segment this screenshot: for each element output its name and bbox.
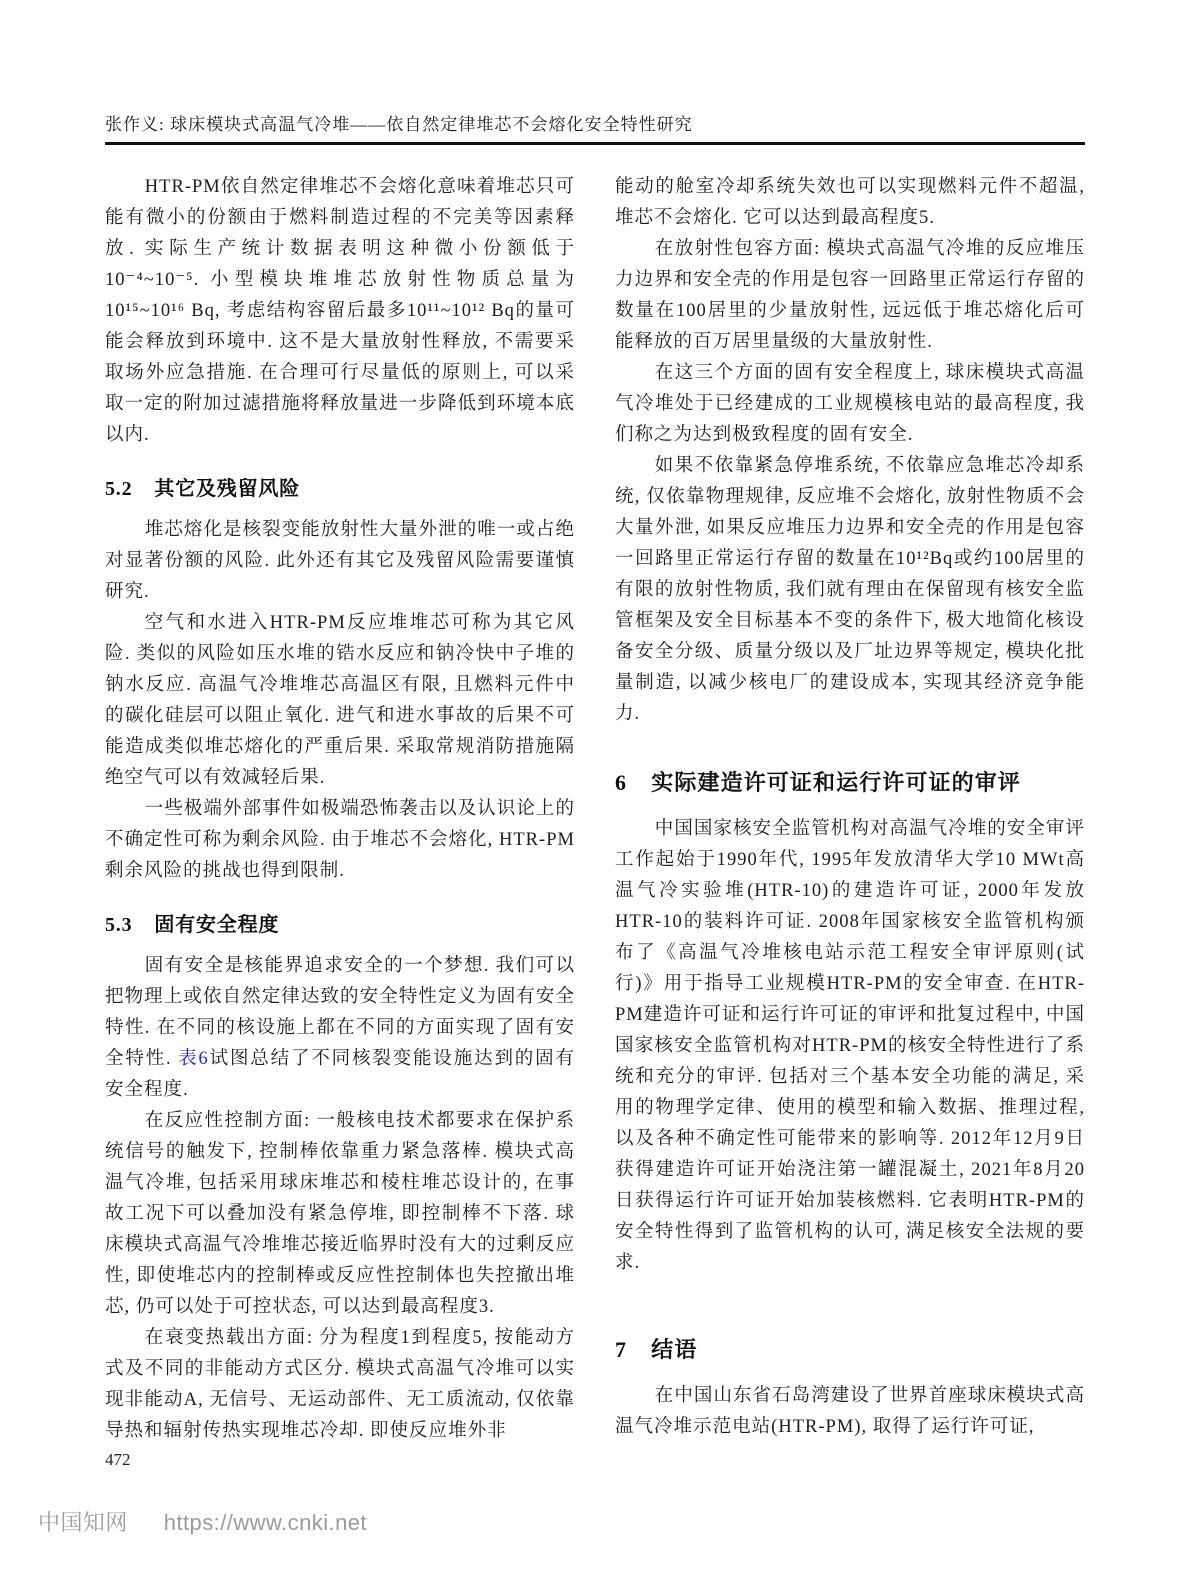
section-title: 实际建造许可证和运行许可证的审评 [651,770,1021,795]
cnki-brand-text: 中国知网 [38,1506,128,1537]
page-number: 472 [105,1450,131,1470]
document-page: 张作义: 球床模块式高温气冷堆——依自然定律堆芯不会熔化安全特性研究 HTR-P… [0,0,1190,1587]
paragraph: 在放射性包容方面: 模块式高温气冷堆的反应堆压力边界和安全壳的作用是包容一回路里… [615,234,1085,358]
section-number: 5.2 [105,478,132,500]
cnki-url-text: https://www.cnki.net [164,1510,367,1536]
paragraph: 堆芯熔化是核裂变能放射性大量外泄的唯一或占绝对显著份额的风险. 此外还有其它及残… [105,515,575,608]
paragraph: 能动的舱室冷却系统失效也可以实现燃料元件不超温, 堆芯不会熔化. 它可以达到最高… [615,172,1085,234]
paragraph: 在反应性控制方面: 一般核电技术都要求在保护系统信号的触发下, 控制棒依靠重力紧… [105,1106,575,1323]
section-heading-5-2: 5.2其它及残留风险 [105,472,575,501]
header-rule [105,142,1085,145]
two-column-body: HTR-PM依自然定律堆芯不会熔化意味着堆芯只可能有微小的份额由于燃料制造过程的… [105,172,1085,1447]
section-title: 其它及残留风险 [154,478,300,500]
cnki-watermark: 中国知网 https://www.cnki.net [38,1506,367,1537]
left-column: HTR-PM依自然定律堆芯不会熔化意味着堆芯只可能有微小的份额由于燃料制造过程的… [105,172,575,1447]
section-heading-7: 7结语 [615,1333,1085,1364]
paragraph: 在中国山东省石岛湾建设了世界首座球床模块式高温气冷堆示范电站(HTR-PM), … [615,1381,1085,1443]
section-heading-6: 6实际建造许可证和运行许可证的审评 [615,766,1085,797]
section-title: 结语 [651,1337,697,1362]
table6-link[interactable]: 表6 [178,1049,209,1069]
section-heading-5-3: 5.3固有安全程度 [105,908,575,937]
right-column: 能动的舱室冷却系统失效也可以实现燃料元件不超温, 堆芯不会熔化. 它可以达到最高… [615,172,1085,1447]
paragraph: 如果不依靠紧急停堆系统, 不依靠应急堆芯冷却系统, 仅依靠物理规律, 反应堆不会… [615,451,1085,730]
paragraph: 在这三个方面的固有安全程度上, 球床模块式高温气冷堆处于已经建成的工业规模核电站… [615,358,1085,451]
section-number: 5.3 [105,914,132,936]
running-header: 张作义: 球床模块式高温气冷堆——依自然定律堆芯不会熔化安全特性研究 [105,110,1085,135]
section-number: 7 [615,1337,627,1362]
paragraph: 固有安全是核能界追求安全的一个梦想. 我们可以把物理上或依自然定律达致的安全特性… [105,951,575,1106]
paragraph: 在衰变热载出方面: 分为程度1到程度5, 按能动方式及不同的非能动方式区分. 模… [105,1323,575,1447]
paragraph: 空气和水进入HTR-PM反应堆堆芯可称为其它风险. 类似的风险如压水堆的锆水反应… [105,608,575,794]
paragraph: 中国国家核安全监管机构对高温气冷堆的安全审评工作起始于1990年代, 1995年… [615,814,1085,1279]
paragraph: 一些极端外部事件如极端恐怖袭击以及认识论上的不确定性可称为剩余风险. 由于堆芯不… [105,794,575,887]
paragraph: HTR-PM依自然定律堆芯不会熔化意味着堆芯只可能有微小的份额由于燃料制造过程的… [105,172,575,451]
section-title: 固有安全程度 [154,914,279,936]
section-number: 6 [615,770,627,795]
